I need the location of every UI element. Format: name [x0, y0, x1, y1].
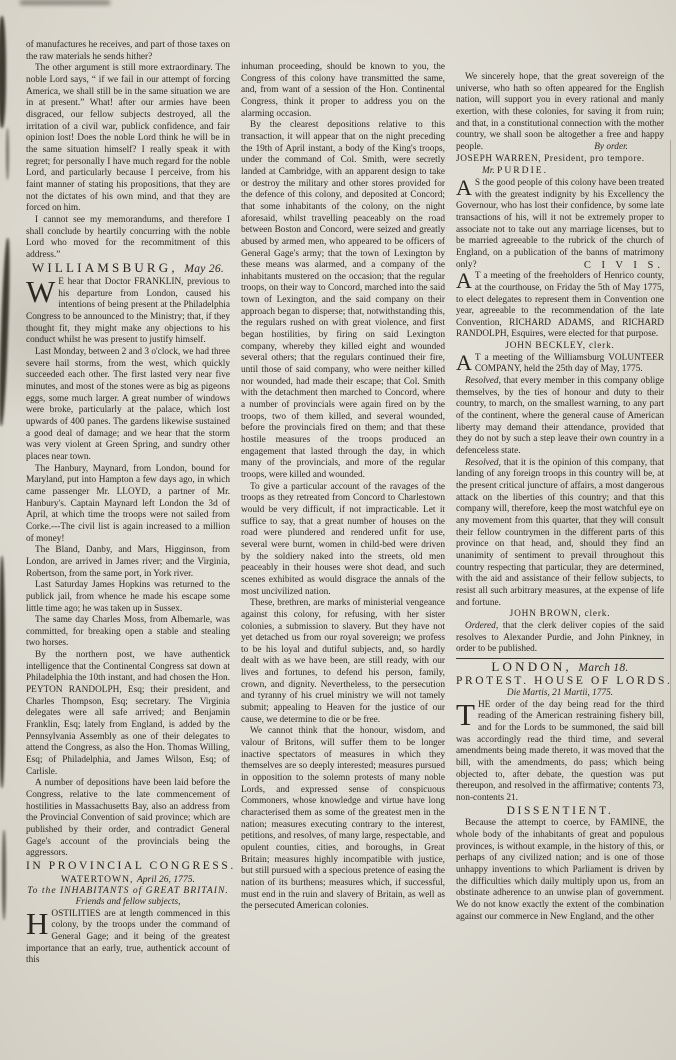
article-paragraph: We sincerely hope, that the great sovere… [456, 72, 664, 154]
resolve-lead: Resolved [465, 376, 499, 386]
article-paragraph: The other argument is still more extraor… [26, 63, 230, 215]
heading-mr: Mr. [482, 166, 495, 176]
latin-dateline: Die Martis, 21 Martii, 1775. [456, 688, 664, 700]
article-paragraph: HOSTILITIES are at length commenced in t… [26, 909, 230, 967]
dateline-city: WILLIAMSBURG, [32, 260, 178, 275]
resolve-lead: Resolved [465, 458, 499, 468]
article-paragraph: of manufactures he receives, and part of… [26, 40, 230, 63]
section-heading: PROTEST. HOUSE OF LORDS. [456, 676, 664, 688]
column-layout: of manufactures he receives, and part of… [0, 0, 676, 967]
article-paragraph: The Hanbury, Maynard, from London, bound… [26, 464, 230, 546]
drop-cap: A [456, 271, 475, 290]
article-paragraph: Because the attempt to coerce, by FAMINE… [456, 818, 664, 923]
scan-smudge [0, 556, 5, 788]
article-paragraph: We cannot think that the honour, wisdom,… [241, 726, 445, 913]
column-1: of manufactures he receives, and part of… [26, 0, 230, 967]
article-paragraph: AS the good people of this colony have b… [456, 178, 664, 271]
heading-name: PURDIE. [497, 165, 548, 176]
signature-warren: JOSEPH WARREN, President, pro tempore. [456, 154, 664, 166]
article-paragraph: Ordered, that the clerk deliver copies o… [456, 621, 664, 656]
article-paragraph: AT a meeting of the Williamsburg VOLUNTE… [456, 353, 664, 376]
article-paragraph: Resolved, that it is the opinion of this… [456, 458, 664, 610]
article-paragraph: inhuman proceeding, should be known to y… [241, 62, 445, 120]
article-paragraph: By the clearest depositions relative to … [241, 120, 445, 481]
paragraph-text: T a meeting of the freeholders of Henric… [456, 271, 664, 339]
signature-brown: JOHN BROWN, clerk. [456, 609, 664, 621]
dateline-date: April 26, 1775. [137, 874, 195, 885]
paragraph-text: , that every member in this company obli… [456, 376, 664, 456]
article-paragraph: The Bland, Danby, and Mars, Higginson, f… [26, 545, 230, 580]
scan-smudge [20, 0, 110, 5]
article-paragraph: These, brethren, are marks of ministeria… [241, 598, 445, 726]
paragraph-text: OSTILITIES are at length commenced in th… [26, 909, 230, 966]
column-3: We sincerely hope, that the great sovere… [456, 0, 664, 967]
section-heading: Mr. PURDIE. [456, 165, 664, 178]
column-2: inhuman proceeding, should be known to y… [241, 0, 445, 967]
dateline-date: March 18. [578, 662, 628, 674]
salutation: Friends and fellow subjects, [26, 897, 230, 909]
signature-civis: C I V I S. [456, 260, 664, 272]
newspaper-page: of manufactures he receives, and part of… [0, 0, 676, 1060]
article-paragraph: To give a particular account of the rava… [241, 482, 445, 599]
dateline-city: WATERTOWN, [61, 874, 133, 885]
article-paragraph: The same day Charles Moss, from Albemarl… [26, 615, 230, 650]
by-order-line: By order. [456, 142, 664, 154]
dateline-heading: LONDON, March 18. [456, 661, 664, 675]
article-paragraph: Last Monday, between 2 and 3 o'clock, we… [26, 347, 230, 464]
paragraph-text: HE order of the day being read for the t… [456, 700, 664, 803]
paragraph-text: T a meeting of the Williamsburg VOLUNTEE… [475, 353, 664, 375]
article-paragraph: WE hear that Doctor FRANKLIN, previous t… [26, 277, 230, 347]
article-paragraph: Last Saturday James Hopkins was returned… [26, 580, 230, 615]
article-paragraph: By the northern post, we have authentick… [26, 650, 230, 778]
order-lead: Ordered [465, 621, 496, 631]
article-paragraph: THE order of the day being read for the … [456, 700, 664, 805]
paragraph-text: S the good people of this colony have be… [456, 178, 664, 270]
article-paragraph: I cannot see my memorandums, and therefo… [26, 215, 230, 262]
dateline-date: May 26. [184, 263, 224, 275]
drop-cap: H [26, 909, 51, 936]
page-edge-rule [670, 140, 672, 900]
drop-cap: T [456, 700, 478, 727]
section-heading: DISSENTIENT. [456, 806, 664, 818]
article-paragraph: AT a meeting of the freeholders of Henri… [456, 271, 664, 341]
dateline-heading: WILLIAMSBURG, May 26. [26, 262, 230, 276]
signature-beckley: JOHN BECKLEY, clerk. [456, 341, 664, 353]
address-heading: To the INHABITANTS of GREAT BRITAIN. [26, 885, 230, 897]
scan-smudge [2, 830, 6, 920]
scan-smudge [6, 128, 9, 180]
dateline-city: LONDON, [491, 659, 572, 674]
dateline-heading: WATERTOWN, April 26, 1775. [26, 874, 230, 886]
drop-cap: A [456, 178, 475, 197]
article-paragraph: Resolved, that every member in this comp… [456, 376, 664, 458]
drop-cap: A [456, 353, 475, 372]
paragraph-text: , that it is the opinion of this company… [456, 458, 664, 608]
drop-cap: W [26, 277, 58, 304]
section-heading: IN PROVINCIAL CONGRESS. [26, 861, 230, 873]
article-paragraph: A number of depositions have been laid b… [26, 778, 230, 860]
